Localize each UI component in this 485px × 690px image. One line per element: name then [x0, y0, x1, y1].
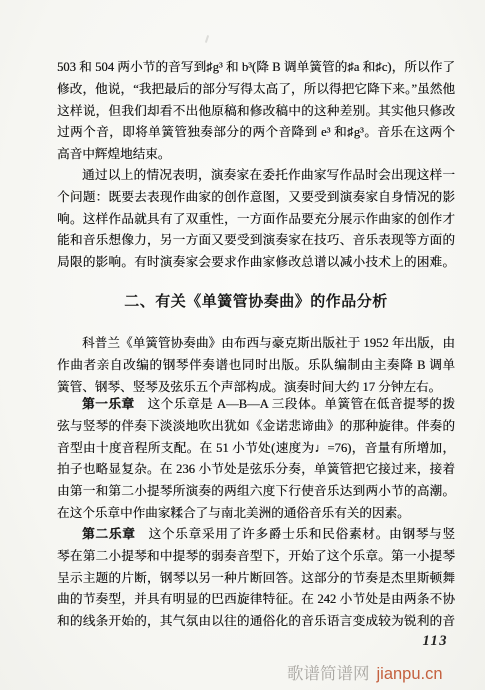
body-line: 第一乐章这个乐章是 A—B—A 三段体。单簧管在低音提琴的拨 [57, 394, 455, 416]
body-line: 在这个乐章中作曲家糅合了与南北美洲的通俗音乐有关的因素。 [57, 503, 455, 525]
body-line: 修改，他说，“我把最后的部分写得太高了，所以得把它降下来。”虽然他 [57, 79, 455, 101]
paragraph-movement-1: 第一乐章这个乐章是 A—B—A 三段体。单簧管在低音提琴的拨 弦与竖琴的伴奏下淡… [57, 394, 455, 525]
movement-1-label: 第一乐章 [82, 397, 135, 411]
paragraph-1: 503 和 504 两小节的音写到♯g³ 和 b³(降 B 调单簧管的♯a 和♯… [57, 57, 455, 166]
body-line: 作曲者亲自改编的钢琴伴奏谱也同时出版。乐队编制由主奏降 B 调单 [57, 355, 455, 377]
page-number: 113 [57, 633, 448, 650]
body-text: 这个乐章采用了许多爵士乐和民俗素材。由钢琴与竖 [148, 527, 455, 541]
watermark-site-name: 歌谱简谱网 [287, 665, 370, 683]
body-line: 弦与竖琴的伴奏下淡淡地吹出犹如《金诺悲谛曲》的那种旋律。伴奏的 [57, 416, 455, 438]
body-line: 能和音乐想像力，另一方面又要受到演奏家在技巧、音乐表现等方面的 [57, 230, 455, 252]
movement-2-label: 第二乐章 [82, 527, 135, 541]
body-line: 局限的影响。有时演奏家会要求作曲家修改总谱以减小技术上的困难。 [57, 252, 455, 274]
paragraph-3: 科普兰《单簧管协奏曲》由布西与豪克斯出版社于 1952 年出版，由 作曲者亲自改… [57, 333, 455, 398]
body-line: 503 和 504 两小节的音写到♯g³ 和 b³(降 B 调单簧管的♯a 和♯… [57, 57, 455, 79]
body-text: 这个乐章是 A—B—A 三段体。单簧管在低音提琴的拨 [148, 397, 455, 411]
body-line: 高音中辉煌地结束。 [57, 144, 455, 166]
paragraph-movement-2: 第二乐章这个乐章采用了许多爵士乐和民俗素材。由钢琴与竖 琴在第二小提琴和中提琴的… [57, 524, 455, 633]
body-line: 第二乐章这个乐章采用了许多爵士乐和民俗素材。由钢琴与竖 [57, 524, 455, 546]
body-line: 响。这样作品就具有了双重性，一方面作品要充分展示作曲家的创作才 [57, 209, 455, 231]
body-line: 呈示主题的片断，钢琴以另一种片断回答。这部分的节奏是杰里斯顿舞 [57, 568, 455, 590]
body-line: 曲的节奏型，并具有明显的巴西旋律特征。在 242 小节处是由两条不协 [57, 589, 455, 611]
scan-artifact [205, 35, 209, 43]
body-line: 通过以上的情况表明，演奏家在委托作曲家写作品时会出现这样一 [57, 165, 455, 187]
body-line: 这样说，但我们却看不出他原稿和修改稿中的这种差别。其实他只修改 [57, 101, 455, 123]
body-line: 由第一和第二小提琴所演奏的两组六度下行使音乐达到两小节的高潮。 [57, 481, 455, 503]
body-line: 拍子也略显复杂。在 236 小节处是弦乐分奏，单簧管把它接过来，接着 [57, 459, 455, 481]
paragraph-2: 通过以上的情况表明，演奏家在委托作曲家写作品时会出现这样一 个问题：既要去表现作… [57, 165, 455, 274]
body-line: 和的线条开始的，其气氛由以往的通俗化的音乐语言变成较为锐利的音 [57, 611, 455, 633]
body-line: 科普兰《单簧管协奏曲》由布西与豪克斯出版社于 1952 年出版，由 [57, 333, 455, 355]
watermark: 歌谱简谱网jianpu.cn [287, 660, 443, 684]
body-line: 琴在第二小提琴和中提琴的弱奏音型下，开始了这个乐章。第一小提琴 [57, 546, 455, 568]
watermark-site-url: jianpu.cn [377, 665, 443, 683]
body-line: 音型由十度音程所支配。在 51 小节处(速度为♩=76)，音量有所增加， [57, 438, 455, 460]
body-line: 个问题：既要去表现作曲家的创作意图，又要受到演奏家自身情况的影 [57, 187, 455, 209]
body-line: 过两个音，即将单簧管独奏部分的两个音降到 e³ 和♯g³。音乐在这两个 [57, 122, 455, 144]
book-page: 503 和 504 两小节的音写到♯g³ 和 b³(降 B 调单簧管的♯a 和♯… [0, 0, 485, 690]
section-heading: 二、有关《单簧管协奏曲》的作品分析 [57, 292, 455, 312]
